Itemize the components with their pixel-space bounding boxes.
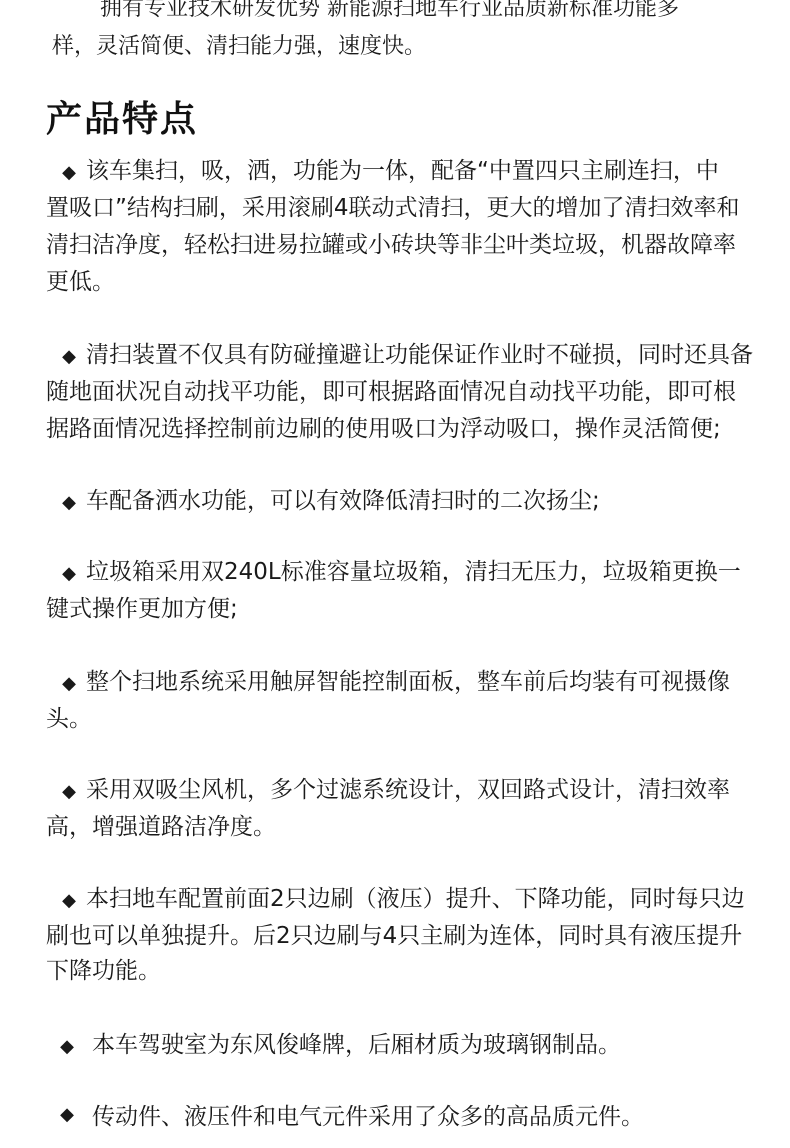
feature-line: 随地面状况自动找平功能，即可根据路面情况自动找平功能，即可根 — [46, 377, 736, 407]
feature-line: 该车集扫，吸，洒，功能为一体，配备“中置四只主刷连扫，中 — [86, 158, 719, 184]
diamond-bullet-icon: ◆ — [62, 488, 76, 518]
diamond-bullet-icon: ◆ — [62, 342, 76, 372]
feature-line: 头。 — [46, 704, 92, 734]
intro-line: 拥有专业技术研发优势 新能源扫地车行业品质新标准功能多 — [100, 0, 679, 24]
feature-line: 更低。 — [46, 267, 115, 297]
feature-line: 车配备洒水功能，可以有效降低清扫时的二次扬尘; — [86, 488, 600, 514]
feature-line: 整个扫地系统采用触屏智能控制面板，整车前后均装有可视摄像 — [86, 669, 730, 695]
diamond-bullet-icon: ◆ — [62, 559, 76, 589]
diamond-bullet-icon: ◆ — [60, 1100, 74, 1130]
feature-line: 刷也可以单独提升。后2只边刷与4只主刷为连体，同时具有液压提升 — [46, 921, 742, 951]
feature-line: 本扫地车配置前面2只边刷（液压）提升、下降功能，同时每只边 — [86, 886, 745, 912]
diamond-bullet-icon: ◆ — [60, 1032, 74, 1062]
feature-line: 置吸口”结构扫刷，采用滚刷4联动式清扫，更大的增加了清扫效率和 — [46, 193, 740, 223]
feature-line: 据路面情况选择控制前边刷的使用吸口为浮动吸口，操作灵活简便; — [46, 414, 721, 444]
feature-line: 采用双吸尘风机，多个过滤系统设计，双回路式设计，清扫效率 — [86, 777, 730, 803]
section-title: 产品特点 — [46, 98, 198, 142]
feature-line: 传动件、液压件和电气元件采用了众多的高品质元件。 — [92, 1104, 644, 1130]
feature-line: 清扫洁净度，轻松扫进易拉罐或小砖块等非尘叶类垃圾，机器故障率 — [46, 230, 736, 260]
intro-line: 样，灵活简便、清扫能力强，速度快。 — [52, 32, 426, 62]
feature-line: 键式操作更加方便; — [46, 594, 238, 624]
diamond-bullet-icon: ◆ — [62, 158, 76, 188]
feature-line: 垃圾箱采用双240L标准容量垃圾箱，清扫无压力，垃圾箱更换一 — [86, 559, 741, 585]
feature-line: 下降功能。 — [46, 956, 161, 986]
feature-line: 高，增强道路洁净度。 — [46, 812, 276, 842]
diamond-bullet-icon: ◆ — [62, 669, 76, 699]
diamond-bullet-icon: ◆ — [62, 886, 76, 916]
feature-line: 本车驾驶室为东风俊峰牌，后厢材质为玻璃钢制品。 — [92, 1032, 621, 1058]
diamond-bullet-icon: ◆ — [62, 777, 76, 807]
feature-line: 清扫装置不仅具有防碰撞避让功能保证作业时不碰损，同时还具备 — [86, 342, 753, 368]
